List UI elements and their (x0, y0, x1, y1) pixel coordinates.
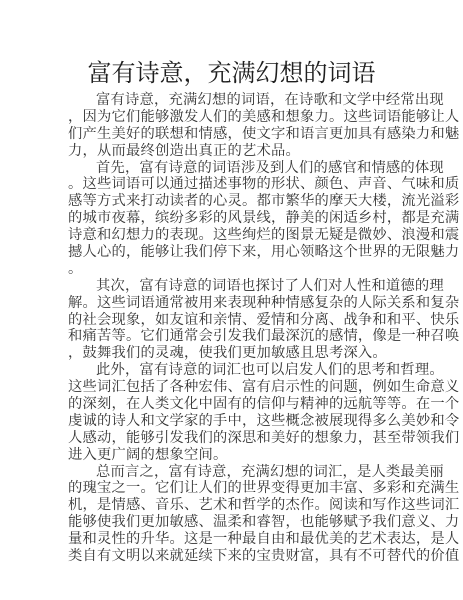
text-line: 进入更广阔的想象空间。 (68, 447, 396, 464)
text-line: 的城市夜幕，缤纷多彩的风景线，静美的闲适乡村，都是充满 (68, 210, 396, 227)
text-line: 此外，富有诗意的词汇也可以启发人们的思考和哲理。 (68, 362, 396, 379)
text-line: 诗意和幻想力的表现。这些绚烂的图景无疑是微妙、浪漫和震 (68, 227, 396, 244)
text-line: 类自有文明以来就延续下来的宝贵财富，具有不可替代的价值 (68, 548, 396, 565)
text-line: 其次，富有诗意的词语也探讨了人们对人性和道德的理 (68, 278, 396, 295)
text-line: 和痛苦等。它们通常会引发我们最深沉的感情，像是一种召唤 (68, 328, 396, 345)
text-line: 的社会现象，如友谊和亲情、爱情和分离、战争和和平、快乐 (68, 312, 396, 329)
text-line: 虔诚的诗人和文学家的手中，这些概念被展现得多么美妙和令 (68, 413, 396, 430)
text-line: 机，是情感、音乐、艺术和哲学的杰作。阅读和写作这些词汇 (68, 497, 396, 514)
text-line: 总而言之，富有诗意，充满幻想的词汇，是人类最美丽 (68, 464, 396, 481)
text-line: 人感动，能够引发我们的深思和美好的想象力，甚至带领我们 (68, 430, 396, 447)
text-line: ，因为它们能够激发人们的美感和想象力。这些词语能够让人 (68, 109, 396, 126)
document-title: 富有诗意，充满幻想的词语 (0, 58, 463, 88)
text-line: 富有诗意，充满幻想的词语，在诗歌和文学中经常出现 (68, 92, 396, 109)
text-line: 撼人心的，能够让我们停下来，用心领略这个世界的无限魅力 (68, 244, 396, 261)
document-body: 富有诗意，充满幻想的词语，在诗歌和文学中经常出现 ，因为它们能够激发人们的美感和… (68, 92, 396, 565)
paragraph-humanity: 其次，富有诗意的词语也探讨了人们对人性和道德的理 解。这些词语通常被用来表现种种… (68, 278, 396, 362)
text-line: 。这些词语可以通过描述事物的形状、颜色、声音、气味和质 (68, 176, 396, 193)
text-line: 们产生美好的联想和情感，使文字和语言更加具有感染力和魅 (68, 126, 396, 143)
text-line: 力，从而最终创造出真正的艺术品。 (68, 143, 396, 160)
text-line: 感等方式来打动读者的心灵。都市繁华的摩天大楼，流光溢彩 (68, 193, 396, 210)
text-line: 的瑰宝之一。它们让人们的世界变得更加丰富、多彩和充满生 (68, 480, 396, 497)
text-line: ，鼓舞我们的灵魂，使我们更加敏感且思考深入。 (68, 345, 396, 362)
paragraph-conclusion: 总而言之，富有诗意，充满幻想的词汇，是人类最美丽 的瑰宝之一。它们让人们的世界变… (68, 464, 396, 565)
paragraph-intro: 富有诗意，充满幻想的词语，在诗歌和文学中经常出现 ，因为它们能够激发人们的美感和… (68, 92, 396, 160)
document-page: 富有诗意，充满幻想的词语 富有诗意，充满幻想的词语，在诗歌和文学中经常出现 ，因… (0, 0, 463, 600)
text-line: 。 (68, 261, 396, 278)
text-line: 量和灵性的升华。这是一种最自由和最优美的艺术表达，是人 (68, 531, 396, 548)
text-line: 能够使我们更加敏感、温柔和睿智，也能够赋予我们意义、力 (68, 514, 396, 531)
paragraph-senses: 首先，富有诗意的词语涉及到人们的感官和情感的体现 。这些词语可以通过描述事物的形… (68, 160, 396, 278)
text-line: 首先，富有诗意的词语涉及到人们的感官和情感的体现 (68, 160, 396, 177)
text-line: 的深刻，在人类文化中固有的信仰与精神的远航等等。在一个 (68, 396, 396, 413)
text-line: 解。这些词语通常被用来表现种种情感复杂的人际关系和复杂 (68, 295, 396, 312)
text-line: 这些词汇包括了各种宏伟、富有启示性的问题，例如生命意义 (68, 379, 396, 396)
paragraph-philosophy: 此外，富有诗意的词汇也可以启发人们的思考和哲理。 这些词汇包括了各种宏伟、富有启… (68, 362, 396, 463)
